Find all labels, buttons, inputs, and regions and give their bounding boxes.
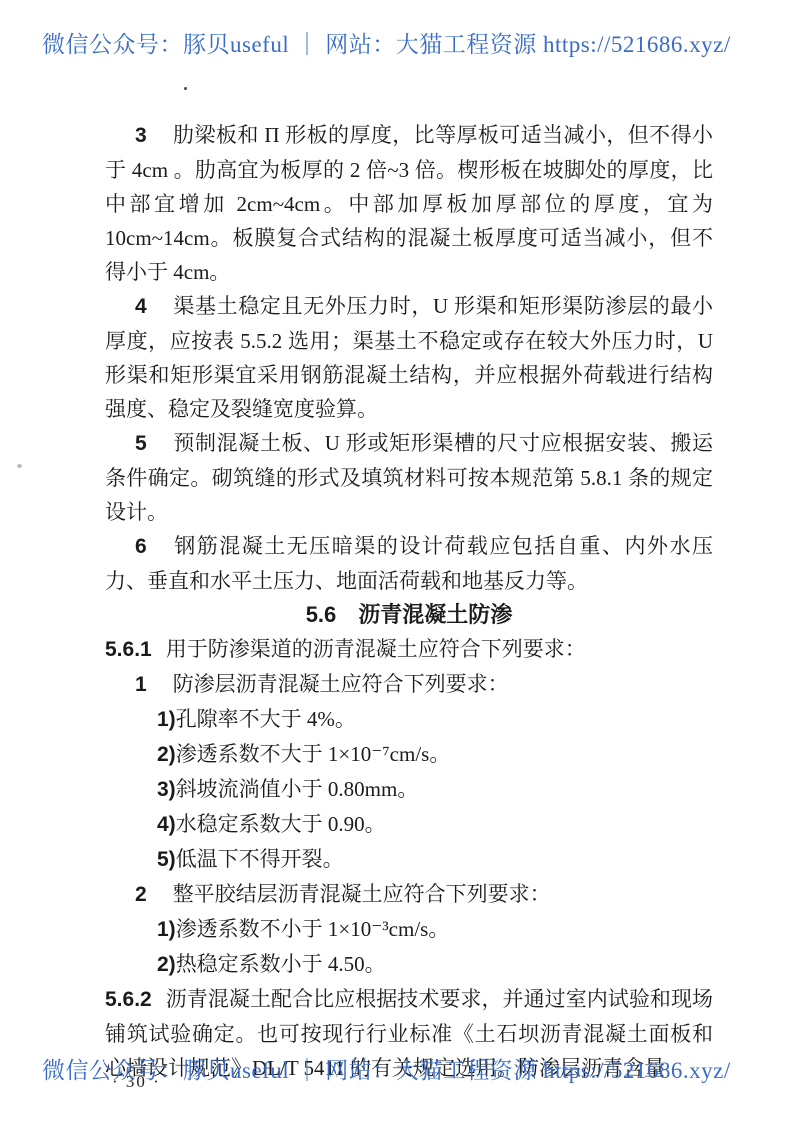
watermark-header: 微信公众号：豚贝useful ｜ 网站：大猫工程资源 https://52168… xyxy=(42,26,731,59)
paragraph-item-3: 3肋梁板和 Π 形板的厚度，比等厚板可适当减小，但不得小于 4cm 。肋高宜为板… xyxy=(105,118,713,289)
list-item-text: 水稳定系数大于 0.90。 xyxy=(176,812,386,836)
document-page: { "watermark": { "text": "微信公众号：豚贝useful… xyxy=(0,0,800,1126)
list1-head: 1防渗层沥青混凝土应符合下列要求： xyxy=(105,667,713,702)
item-number: 1 xyxy=(135,673,147,696)
list-item-number: 2) xyxy=(157,953,176,976)
item-text: 整平胶结层沥青混凝土应符合下列要求： xyxy=(173,882,551,906)
item-number: 5 xyxy=(135,432,147,455)
list-item: 4)水稳定系数大于 0.90。 xyxy=(105,807,713,842)
clause-5-6-1: 5.6.1用于防渗渠道的沥青混凝土应符合下列要求： xyxy=(105,632,713,667)
section-number: 5.6 xyxy=(306,602,337,627)
item-number: 2 xyxy=(135,883,147,906)
list-item-text: 渗透系数不大于 1×10⁻⁷cm/s。 xyxy=(176,742,451,766)
list2-head: 2整平胶结层沥青混凝土应符合下列要求： xyxy=(105,877,713,912)
list-item: 5)低温下不得开裂。 xyxy=(105,842,713,877)
list-item-text: 斜坡流淌值小于 0.80mm。 xyxy=(176,777,419,801)
list-item-number: 3) xyxy=(157,778,176,801)
paragraph-item-6: 6钢筋混凝土无压暗渠的设计荷载应包括自重、内外水压力、垂直和水平土压力、地面活荷… xyxy=(105,529,713,598)
item-text: 钢筋混凝土无压暗渠的设计荷载应包括自重、内外水压力、垂直和水平土压力、地面活荷载… xyxy=(105,534,713,593)
list-item-text: 渗透系数不小于 1×10⁻³cm/s。 xyxy=(176,917,450,941)
list-item-number: 4) xyxy=(157,813,176,836)
section-title: 沥青混凝土防渗 xyxy=(358,602,512,627)
list-item-number: 5) xyxy=(157,848,176,871)
list-item-text: 低温下不得开裂。 xyxy=(176,847,344,871)
item-text: 预制混凝土板、U 形或矩形渠槽的尺寸应根据安装、搬运条件确定。砌筑缝的形式及填筑… xyxy=(105,431,713,524)
scan-artifact-dot xyxy=(184,87,187,90)
list-item: 1)渗透系数不小于 1×10⁻³cm/s。 xyxy=(105,912,713,947)
document-body: 3肋梁板和 Π 形板的厚度，比等厚板可适当减小，但不得小于 4cm 。肋高宜为板… xyxy=(105,118,713,1085)
list-item: 1)孔隙率不大于 4%。 xyxy=(105,702,713,737)
item-number: 3 xyxy=(135,124,147,147)
list-item-text: 孔隙率不大于 4%。 xyxy=(176,707,356,731)
item-number: 6 xyxy=(135,535,147,558)
paragraph-item-5: 5预制混凝土板、U 形或矩形渠槽的尺寸应根据安装、搬运条件确定。砌筑缝的形式及填… xyxy=(105,426,713,529)
scan-artifact-dot xyxy=(17,464,22,468)
list-item-number: 1) xyxy=(157,918,176,941)
list-item: 3)斜坡流淌值小于 0.80mm。 xyxy=(105,772,713,807)
paragraph-item-4: 4渠基土稳定且无外压力时，U 形渠和矩形渠防渗层的最小厚度，应按表 5.5.2 … xyxy=(105,289,713,426)
list-item-number: 2) xyxy=(157,743,176,766)
item-text: 渠基土稳定且无外压力时，U 形渠和矩形渠防渗层的最小厚度，应按表 5.5.2 选… xyxy=(105,294,713,421)
list-item-number: 1) xyxy=(157,708,176,731)
list-item: 2)渗透系数不大于 1×10⁻⁷cm/s。 xyxy=(105,737,713,772)
list-item-text: 热稳定系数小于 4.50。 xyxy=(176,952,386,976)
section-heading: 5.6沥青混凝土防渗 xyxy=(105,598,713,632)
list-item: 2)热稳定系数小于 4.50。 xyxy=(105,947,713,982)
item-text: 防渗层沥青混凝土应符合下列要求： xyxy=(173,672,509,696)
watermark-footer: 微信公众号：豚贝useful ｜ 网站：大猫工程资源 https://52168… xyxy=(42,1052,731,1085)
clause-number: 5.6.1 xyxy=(105,638,152,661)
clause-text: 用于防渗渠道的沥青混凝土应符合下列要求： xyxy=(166,637,586,661)
item-text: 肋梁板和 Π 形板的厚度，比等厚板可适当减小，但不得小于 4cm 。肋高宜为板厚… xyxy=(105,123,713,284)
item-number: 4 xyxy=(135,295,147,318)
clause-number: 5.6.2 xyxy=(105,988,152,1011)
